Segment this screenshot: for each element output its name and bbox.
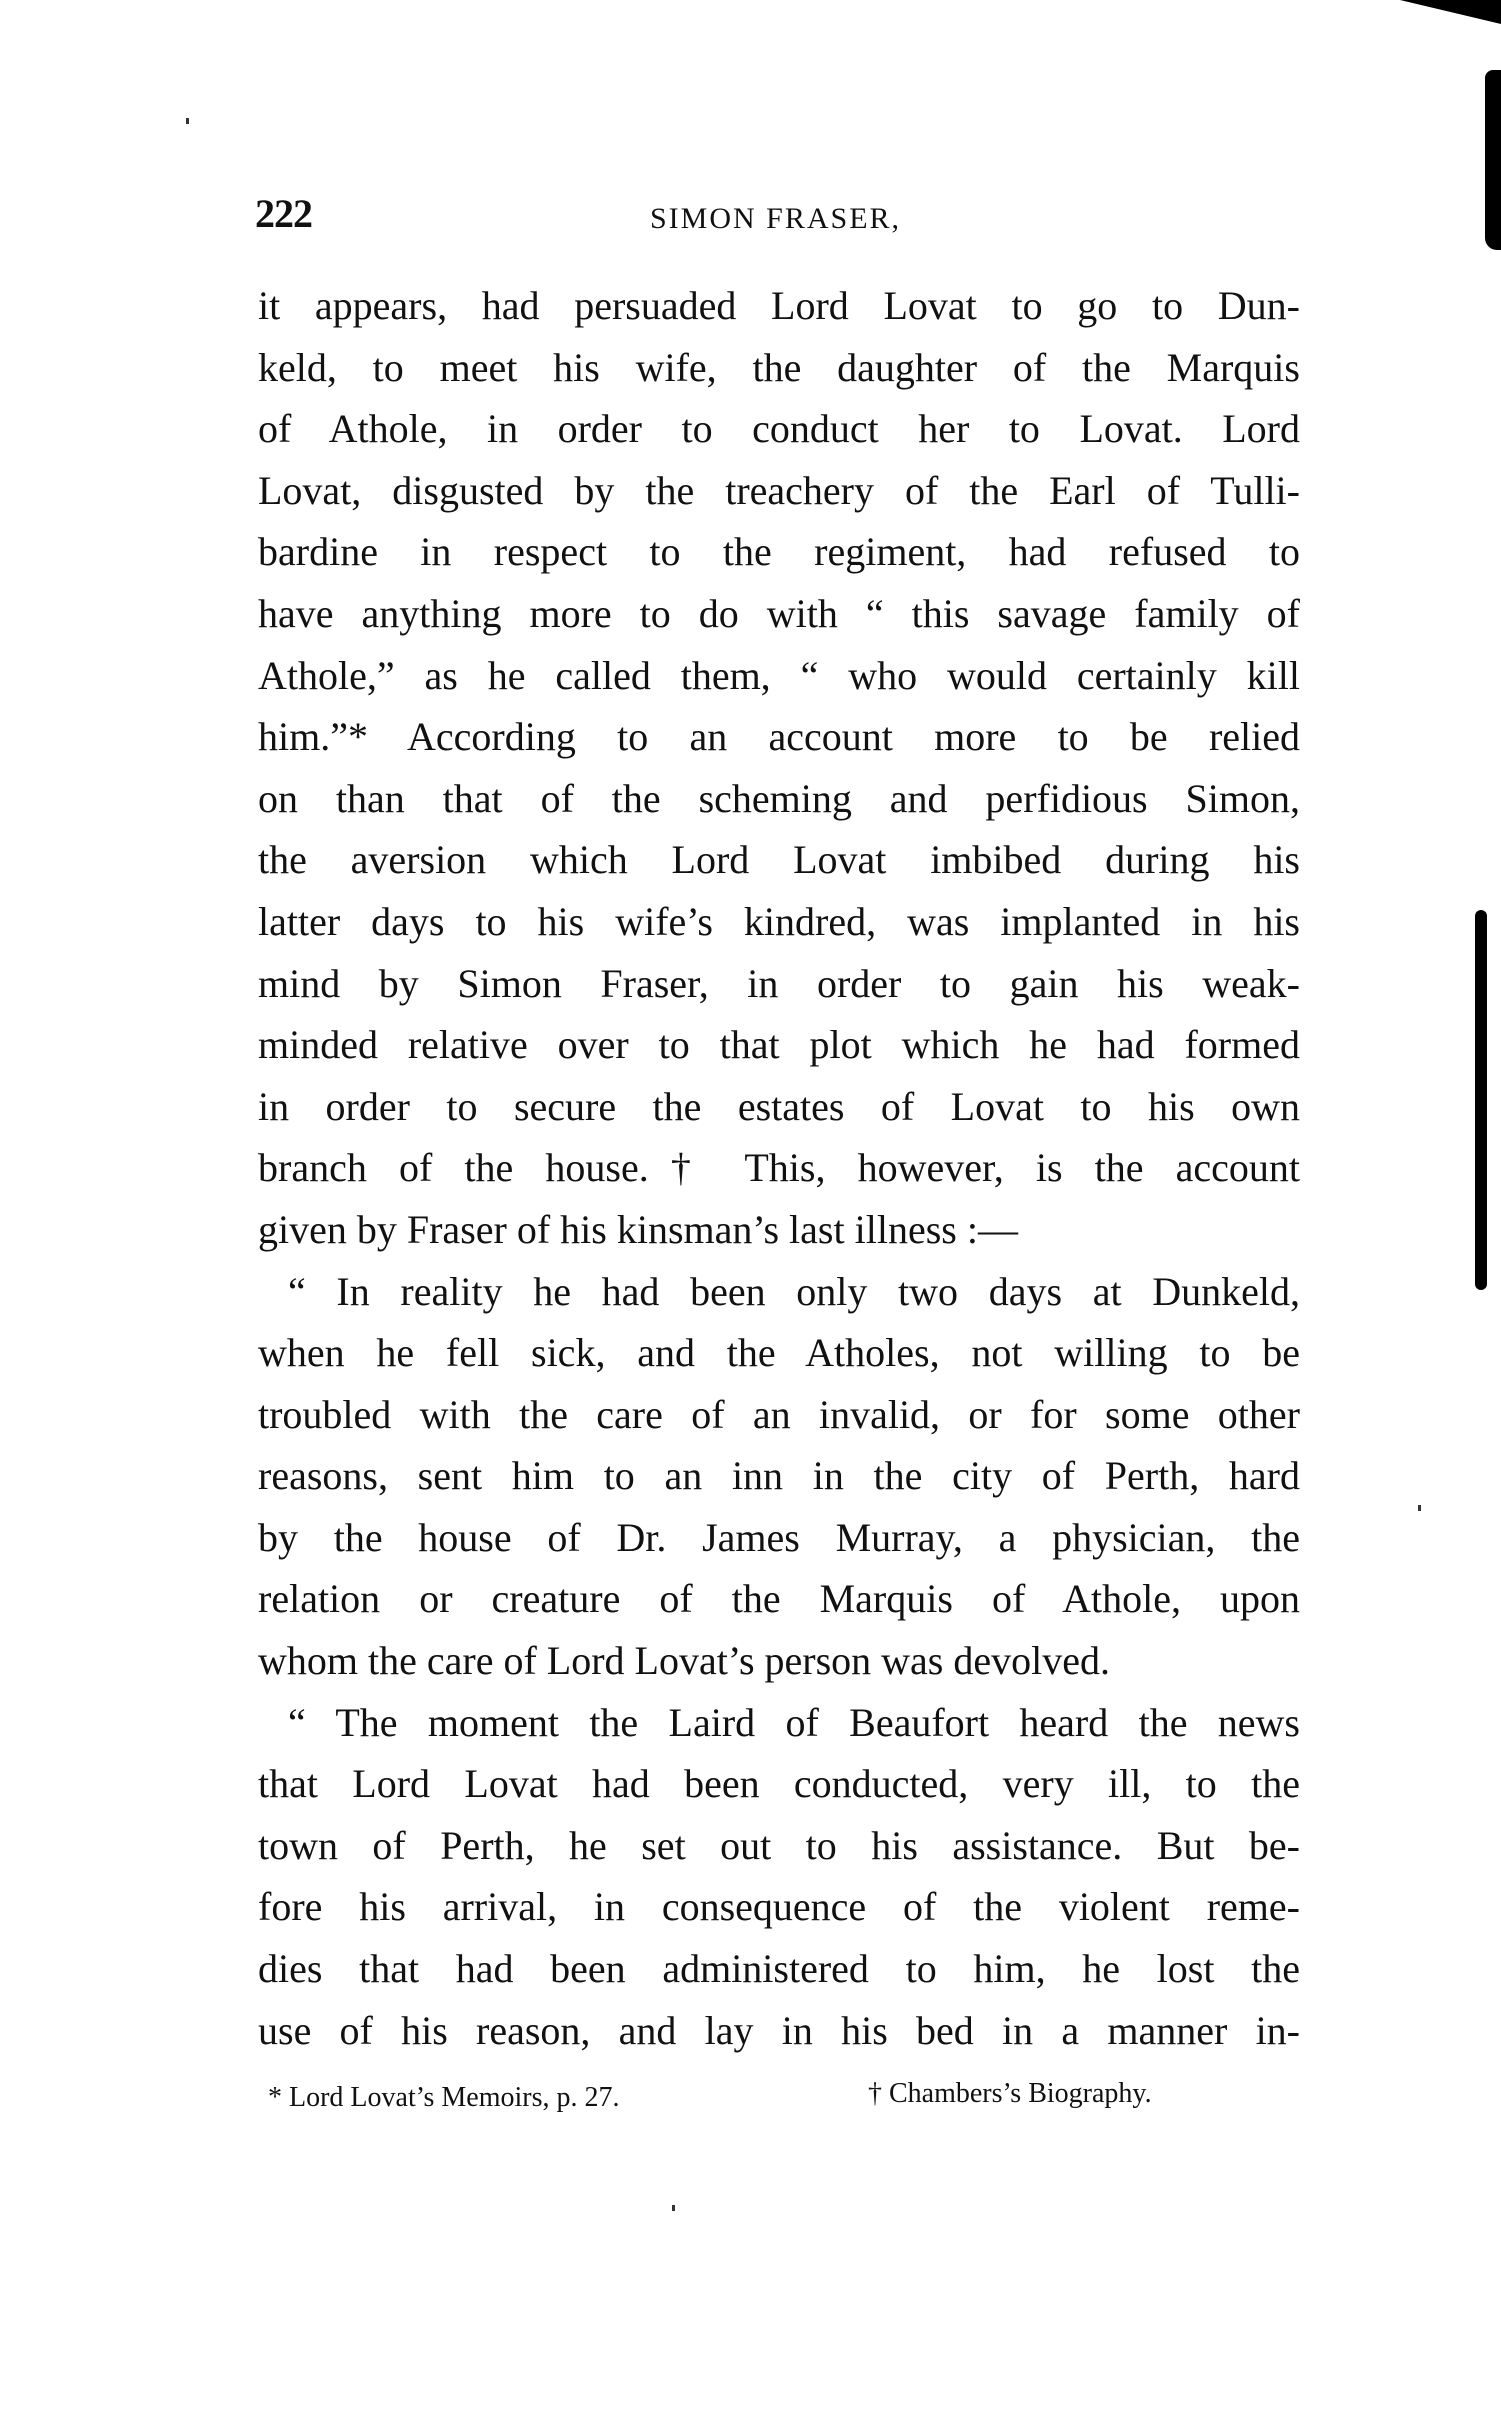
text-line: “ The moment the Laird of Beaufort heard…: [258, 1692, 1300, 1754]
running-title: SIMON FRASER,: [650, 202, 901, 236]
text-line: use of his reason, and lay in his bed in…: [258, 2000, 1300, 2062]
text-line: that Lord Lovat had been conducted, very…: [258, 1753, 1300, 1815]
text-line: by the house of Dr. James Murray, a phys…: [258, 1507, 1300, 1569]
scan-artifact-corner: [1400, 0, 1501, 24]
text-line: have anything more to do with “ this sav…: [258, 583, 1300, 645]
text-line: in order to secure the estates of Lovat …: [258, 1076, 1300, 1138]
text-line: whom the care of Lord Lovat’s person was…: [258, 1630, 1300, 1692]
body-text: it appears, had persuaded Lord Lovat to …: [258, 275, 1300, 2061]
page-number: 222: [255, 190, 312, 237]
text-line: given by Fraser of his kinsman’s last il…: [258, 1199, 1300, 1261]
text-line: it appears, had persuaded Lord Lovat to …: [258, 275, 1300, 337]
scan-artifact-edge-top: [1485, 70, 1501, 250]
text-line: keld, to meet his wife, the daughter of …: [258, 337, 1300, 399]
scan-artifact-edge-middle: [1475, 910, 1487, 1290]
text-line: reasons, sent him to an inn in the city …: [258, 1445, 1300, 1507]
scan-speck: [672, 2205, 675, 2211]
text-line: relation or creature of the Marquis of A…: [258, 1568, 1300, 1630]
scan-speck: [1418, 1505, 1421, 1511]
running-head: 222 SIMON FRASER,: [255, 190, 1315, 240]
text-line: latter days to his wife’s kindred, was i…: [258, 891, 1300, 953]
text-line: minded relative over to that plot which …: [258, 1014, 1300, 1076]
text-line: on than that of the scheming and perfidi…: [258, 768, 1300, 830]
text-line: troubled with the care of an invalid, or…: [258, 1384, 1300, 1446]
text-line: the aversion which Lord Lovat imbibed du…: [258, 829, 1300, 891]
scan-speck: [186, 118, 189, 124]
text-line: fore his arrival, in consequence of the …: [258, 1876, 1300, 1938]
text-line: Lovat, disgusted by the treachery of the…: [258, 460, 1300, 522]
text-line: branch of the house.† This, however, is …: [258, 1137, 1300, 1199]
text-line: mind by Simon Fraser, in order to gain h…: [258, 953, 1300, 1015]
book-page: 222 SIMON FRASER, it appears, had persua…: [0, 0, 1501, 2417]
text-line: dies that had been administered to him, …: [258, 1938, 1300, 2000]
text-line: when he fell sick, and the Atholes, not …: [258, 1322, 1300, 1384]
text-line: him.”* According to an account more to b…: [258, 706, 1300, 768]
footnotes: * Lord Lovat’s Memoirs, p. 27. † Chamber…: [268, 2082, 1268, 2122]
text-line: Athole,” as he called them, “ who would …: [258, 645, 1300, 707]
text-line: town of Perth, he set out to his assista…: [258, 1815, 1300, 1877]
text-line: of Athole, in order to conduct her to Lo…: [258, 398, 1300, 460]
footnote-asterisk: * Lord Lovat’s Memoirs, p. 27.: [268, 2082, 620, 2114]
footnote-dagger: † Chambers’s Biography.: [868, 2078, 1152, 2110]
text-line: bardine in respect to the regiment, had …: [258, 521, 1300, 583]
text-line: “ In reality he had been only two days a…: [258, 1261, 1300, 1323]
